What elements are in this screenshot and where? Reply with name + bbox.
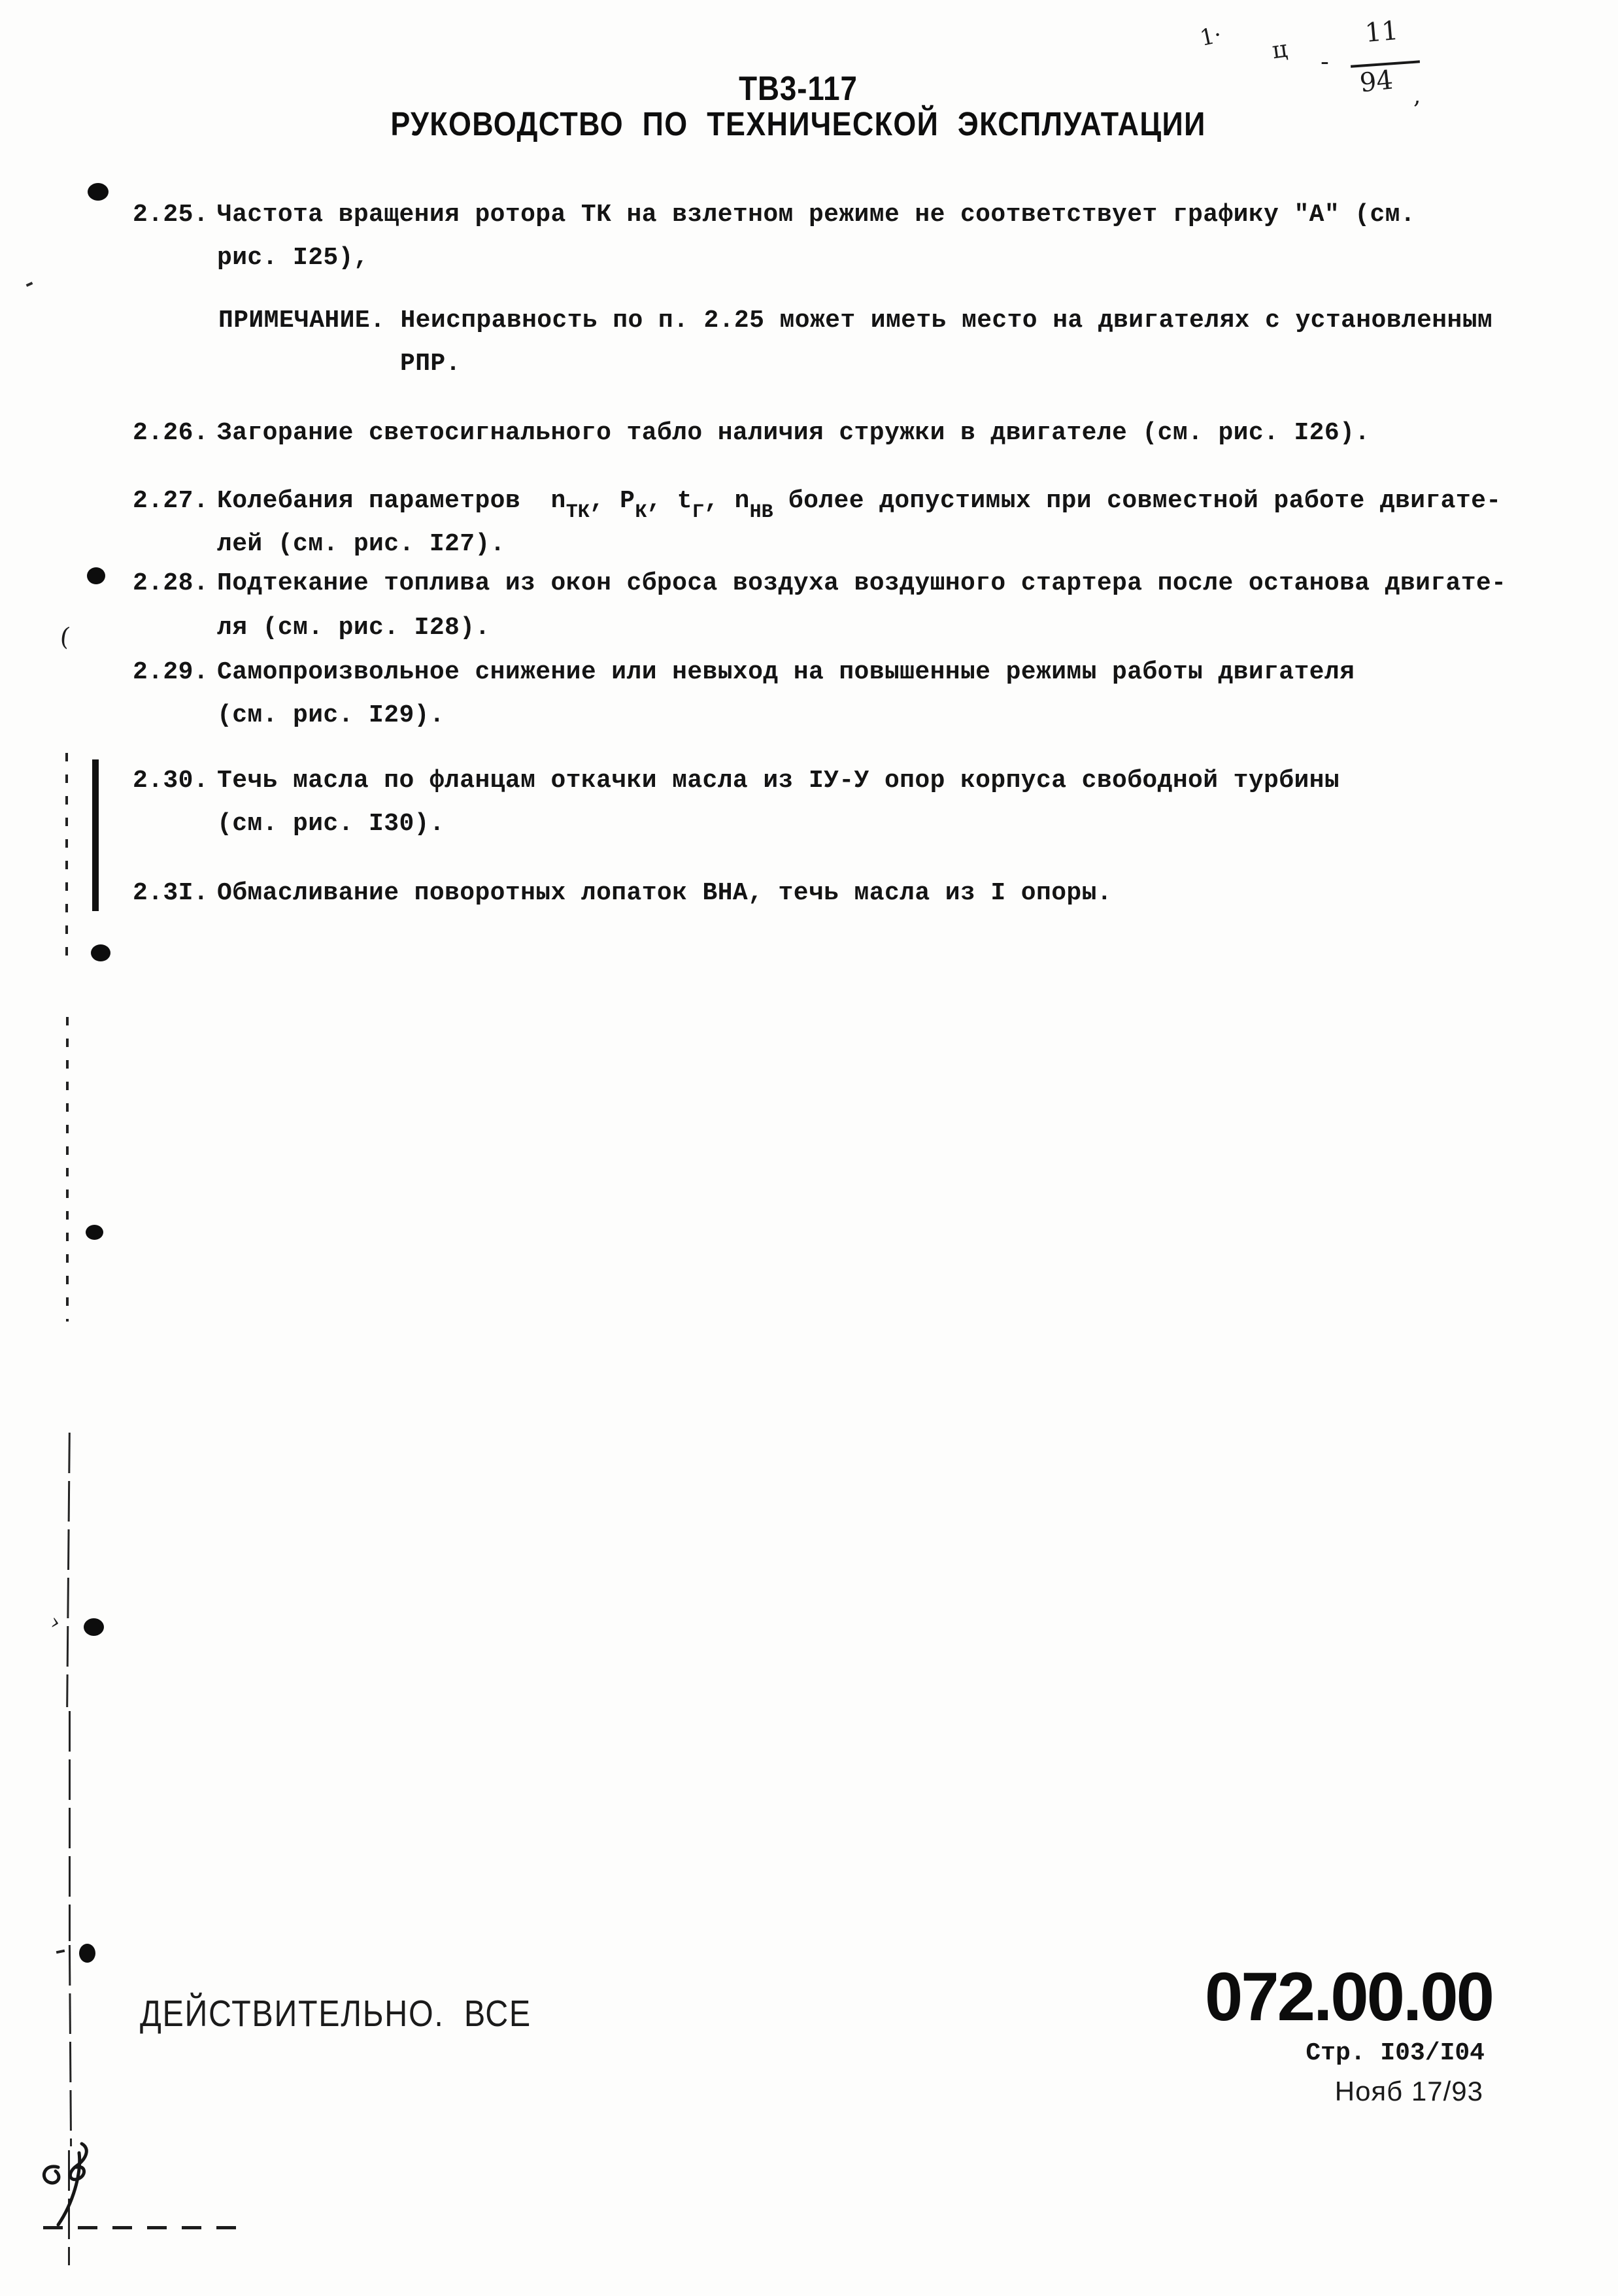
manual-title: РУКОВОДСТВО ПО ТЕХНИЧЕСКОЙ ЭКСПЛУАТАЦИИ <box>96 105 1501 143</box>
separator <box>773 487 788 515</box>
validity-note: ДЕЙСТВИТЕЛЬНО. ВСЕ <box>140 1992 531 2035</box>
item-text-line: рис. I25), <box>217 243 369 273</box>
margin-tick <box>56 1950 65 1954</box>
engine-model-title: ТВ3-117 <box>96 69 1501 108</box>
separator: , <box>590 487 620 515</box>
note-continuation: РПР. <box>400 349 461 379</box>
parameter-nnv: nНВ <box>734 487 788 515</box>
item-text-line: Загорание светосигнального табло наличия… <box>217 418 1370 448</box>
item-number: 2.27. <box>133 486 209 516</box>
item-text-line: Колебания параметров nТК, РК, tГ, nНВ бо… <box>217 486 1501 518</box>
item-text: более допустимых при совместной работе д… <box>788 487 1502 515</box>
margin-bullet-icon <box>87 567 105 584</box>
page-number: Стр. I03/I04 <box>1306 2039 1485 2067</box>
item-number: 2.29. <box>133 657 209 688</box>
item-text-line: (см. рис. I29). <box>217 701 445 731</box>
margin-dashed-line <box>65 753 68 963</box>
margin-tick <box>26 282 33 287</box>
fold-line <box>66 1433 71 1707</box>
item-text-line: Самопроизвольное снижение или невыход на… <box>217 657 1355 688</box>
parameter-base: t <box>677 487 692 515</box>
note-line: ПРИМЕЧАНИЕ. Неисправность по п. 2.25 мож… <box>218 306 1492 336</box>
margin-bullet-icon <box>79 1944 95 1963</box>
annotation-comma: , <box>1413 82 1421 109</box>
item-number: 2.30. <box>133 766 209 796</box>
item-text-line: лей (см. рис. I27). <box>217 529 505 559</box>
margin-arrow-mark: › <box>48 1608 63 1636</box>
parameter-base: Р <box>620 487 635 515</box>
annotation-fraction-numerator: 11 <box>1364 16 1400 48</box>
parameter-subscript: Г <box>692 501 704 524</box>
parameter-pk: РК, <box>620 487 677 515</box>
annotation-dash: - <box>1321 47 1329 76</box>
annotation-mark: ц <box>1270 36 1289 65</box>
margin-bullet-icon <box>86 1225 103 1240</box>
margin-bullet-icon <box>88 183 109 201</box>
change-bar <box>92 759 99 911</box>
item-text-line: Частота вращения ротора ТК на взлетном р… <box>217 200 1415 230</box>
fold-line <box>69 1945 72 2146</box>
item-text-line: Обмасливание поворотных лопаток ВНА, теч… <box>217 878 1112 908</box>
item-text-line: (см. рис. I30). <box>217 809 445 839</box>
item-number: 2.26. <box>133 418 209 448</box>
parameter-base: n <box>550 487 565 515</box>
margin-dashed-line <box>66 1017 69 1322</box>
parameter-tg: tГ, <box>677 487 735 515</box>
bottom-dashed-line <box>43 2226 247 2229</box>
annotation-fraction-denominator: 94 <box>1358 65 1394 98</box>
note-label: ПРИМЕЧАНИЕ. <box>218 307 385 335</box>
item-text-line: ля (см. рис. I28). <box>217 613 490 643</box>
revision-date: Нояб 17/93 <box>1335 2076 1483 2107</box>
item-text: Колебания параметров <box>217 487 550 515</box>
parameter-subscript: ТК <box>566 501 590 524</box>
item-number: 2.3I. <box>133 878 209 908</box>
item-text-line: Подтекание топлива из окон сброса воздух… <box>217 569 1506 599</box>
parameter-base: n <box>734 487 749 515</box>
parameter-ntk: nТК, <box>550 487 620 515</box>
separator: , <box>704 487 734 515</box>
note-text: Неисправность по п. 2.25 может иметь мес… <box>385 307 1492 335</box>
item-text-line: Течь масла по фланцам откачки масла из I… <box>217 766 1340 796</box>
parameter-subscript: НВ <box>750 501 773 524</box>
separator: , <box>647 487 677 515</box>
handwritten-signature-icon <box>36 2138 116 2231</box>
chapter-number: 072.00.00 <box>1205 1958 1492 2037</box>
item-number: 2.25. <box>133 200 209 230</box>
scanned-page: ТВ3-117 РУКОВОДСТВО ПО ТЕХНИЧЕСКОЙ ЭКСПЛ… <box>0 0 1618 2296</box>
parameter-subscript: К <box>635 501 647 524</box>
margin-bullet-icon <box>84 1618 104 1636</box>
margin-bullet-icon <box>91 944 110 961</box>
item-number: 2.28. <box>133 569 209 599</box>
margin-curl-mark: ( <box>58 622 71 651</box>
annotation-mark: 1· <box>1198 22 1224 52</box>
fold-line <box>69 1711 71 1941</box>
